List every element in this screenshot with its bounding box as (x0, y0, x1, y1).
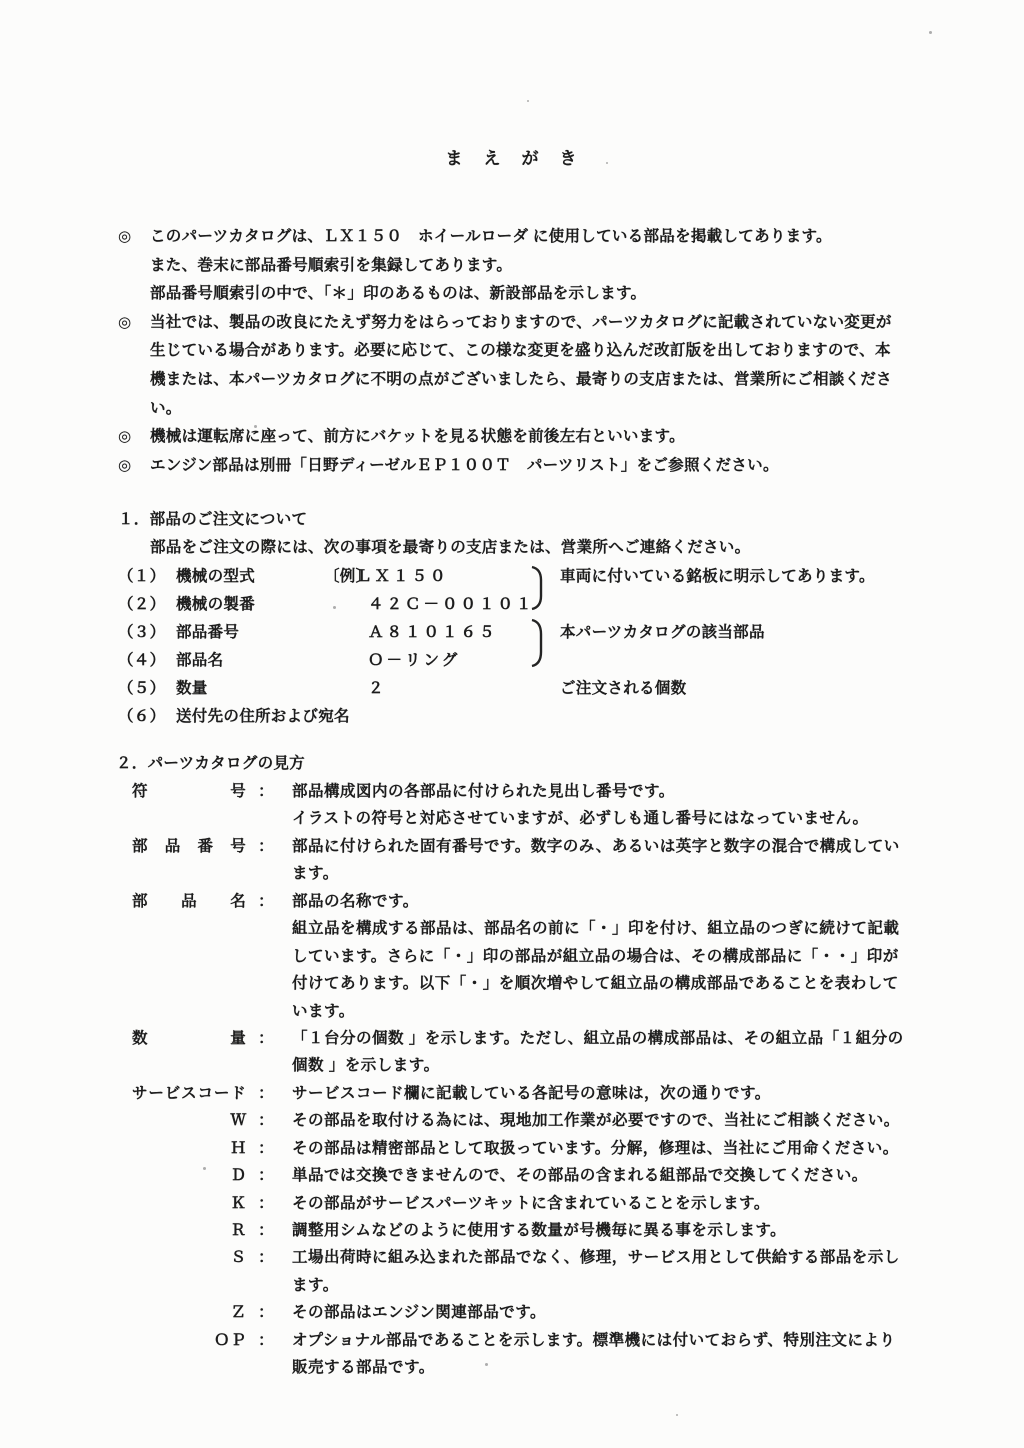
service-code-cell: Ｗ (190, 1107, 247, 1134)
scan-speck (606, 162, 608, 164)
term-cell: サービスコード (132, 1080, 246, 1107)
service-code-description: 工場出荷時に組み込まれた部品でなく、修理，サービス用として供給する部品を示し (292, 1244, 900, 1271)
preface-line: ◎当社では、製品の改良にたえず努力をはらっておりますので、パーツカタログに記載さ… (118, 309, 944, 338)
order-row: （４） 部品名 Ｏ－リング (118, 647, 918, 675)
preface-text: い。 (150, 400, 182, 417)
service-code-description: オプショナル部品であることを示します。標準機には付いておらず、特別注文により (292, 1327, 895, 1354)
grouping-brace-icon (530, 618, 544, 668)
service-code-cell: ＯＰ (190, 1327, 247, 1354)
colon-separator: ： (258, 1162, 274, 1189)
legend-table: 符号 ： 部品構成図内の各部品に付けられた見出し番号です。 イラストの符号と対応… (118, 778, 938, 1382)
term-cell: 数量 (132, 1025, 246, 1052)
preface-line: 部品番号順索引の中で、「＊」印のあるものは、新設部品を示します。 (118, 280, 944, 309)
service-code-description: その部品はエンジン関連部品です。 (292, 1299, 546, 1326)
legend-row: 符号 ： 部品構成図内の各部品に付けられた見出し番号です。 (118, 778, 938, 805)
row-value: Ａ８１０１６５ (368, 619, 498, 647)
colon-separator: ： (258, 1244, 274, 1271)
service-code-row: Ｋ ： その部品がサービスパーツキットに含まれていることを示します。 (118, 1190, 938, 1217)
service-code-description: その部品は精密部品として取扱っています。分解，修理は、当社にご用命ください。 (292, 1135, 899, 1162)
colon-separator: ： (258, 1299, 274, 1326)
row-number: （６） (118, 703, 165, 731)
row-number: （１） (118, 563, 165, 591)
service-code-description: 単品では交換できませんので、その部品の含まれる組部品で交換してください。 (292, 1162, 868, 1189)
row-value: ２ (368, 675, 387, 703)
row-label: 部品番号 (176, 619, 239, 647)
term-cell: 部品番号 (132, 833, 246, 860)
term-cell: 符号 (132, 778, 246, 805)
preface-text: また、巻末に部品番号順索引を集録してあります。 (150, 257, 512, 274)
order-row: （３） 部品番号 Ａ８１０１６５ 本パーツカタログの該当部品 (118, 619, 918, 647)
scan-speck (254, 425, 257, 428)
service-code-cell: Ｄ (190, 1162, 247, 1189)
preface-line: また、巻末に部品番号順索引を集録してあります。 (118, 252, 944, 281)
section1-intro: 部品をご注文の際には、次の事項を最寄りの支店または、営業所へご連絡ください。 (150, 535, 750, 557)
legend-row: ます。 (118, 860, 938, 887)
bullseye-bullet-icon: ◎ (118, 452, 131, 481)
preface-text: このパーツカタログは、ＬＸ１５０ ホイールローダ に使用している部品を掲載してあ… (150, 228, 832, 245)
preface-line: 機または、本パーツカタログに不明の点がございましたら、最寄りの支店または、営業所… (118, 366, 944, 395)
legend-row: 部品名 ： 部品の名称です。 (118, 888, 938, 915)
legend-row: 付けてあります。以下「・」を順次増やして組立品の構成部品であることを表わして (118, 970, 938, 997)
row-note: ご注文される個数 (560, 675, 686, 703)
bullseye-bullet-icon: ◎ (118, 309, 131, 338)
term-description: しています。さらに「・」印の部品が組立品の場合は、その構成部品に「・・」印が (292, 943, 899, 970)
colon-separator: ： (258, 1080, 274, 1107)
row-note: 本パーツカタログの該当部品 (560, 619, 765, 647)
term-description: 部品に付けられた固有番号です。数字のみ、あるいは英字と数字の混合で構成してい (292, 833, 900, 860)
service-code-cell: Ｚ (190, 1299, 247, 1326)
service-code-row: Ｓ ： 工場出荷時に組み込まれた部品でなく、修理，サービス用として供給する部品を… (118, 1244, 938, 1271)
term-description: 組立品を構成する部品は、部品名の前に「・」印を付け、組立品のつぎに続けて記載 (292, 915, 899, 942)
service-code-description: その部品がサービスパーツキットに含まれていることを示します。 (292, 1190, 770, 1217)
row-label: 機械の型式 (176, 563, 255, 591)
legend-row: 部品番号 ： 部品に付けられた固有番号です。数字のみ、あるいは英字と数字の混合で… (118, 833, 938, 860)
term-cell: 部品名 (132, 888, 246, 915)
colon-separator: ： (258, 1135, 274, 1162)
preface-line: ◎エンジン部品は別冊「日野ディーゼルＥＰ１００Ｔ パーツリスト」をご参照ください… (118, 452, 944, 481)
legend-row: います。 (118, 998, 938, 1025)
row-number: （４） (118, 647, 165, 675)
legend-row: 組立品を構成する部品は、部品名の前に「・」印を付け、組立品のつぎに続けて記載 (118, 915, 938, 942)
bullseye-bullet-icon: ◎ (118, 223, 131, 252)
colon-separator: ： (258, 888, 274, 915)
service-code-row: Ｚ ： その部品はエンジン関連部品です。 (118, 1299, 938, 1326)
scan-speck (527, 100, 529, 102)
section1-heading: １．部品のご注文について (118, 507, 307, 529)
preface-text: 生じている場合があります。必要に応じて、この様な変更を盛り込んだ改訂版を出してお… (150, 342, 891, 359)
row-number: （５） (118, 675, 165, 703)
term-description: 付けてあります。以下「・」を順次増やして組立品の構成部品であることを表わして (292, 970, 899, 997)
preface-section: ◎このパーツカタログは、ＬＸ１５０ ホイールローダ に使用している部品を掲載して… (118, 223, 944, 480)
service-code-row: Ｄ ： 単品では交換できませんので、その部品の含まれる組部品で交換してください。 (118, 1162, 938, 1189)
row-label: 送付先の住所および宛名 (176, 703, 350, 731)
service-code-row: ＯＰ ： オプショナル部品であることを示します。標準機には付いておらず、特別注文… (118, 1327, 938, 1354)
scan-speck (676, 1414, 678, 1416)
scan-speck (333, 606, 336, 609)
order-row: （２） 機械の製番 ４２Ｃ－００１０１ (118, 591, 918, 619)
preface-text: エンジン部品は別冊「日野ディーゼルＥＰ１００Ｔ パーツリスト」をご参照ください。 (150, 457, 779, 474)
term-description: 部品の名称です。 (292, 888, 419, 915)
row-label: 数量 (176, 675, 208, 703)
service-code-row: Ｒ ： 調整用シムなどのように使用する数量が号機毎に異る事を示します。 (118, 1217, 938, 1244)
service-code-row: Ｈ ： その部品は精密部品として取扱っています。分解，修理は、当社にご用命くださ… (118, 1135, 938, 1162)
colon-separator: ： (258, 1327, 274, 1354)
term-description: ます。 (292, 860, 339, 887)
row-number: （３） (118, 619, 165, 647)
colon-separator: ： (258, 1217, 274, 1244)
colon-separator: ： (258, 833, 274, 860)
row-note: 車両に付いている銘板に明示してあります。 (560, 563, 875, 591)
row-label: 部品名 (176, 647, 223, 675)
legend-row: しています。さらに「・」印の部品が組立品の場合は、その構成部品に「・・」印が (118, 943, 938, 970)
order-items-table: （１） 機械の型式 〔例〕 ＬＸ１５０ 車両に付いている銘板に明示してあります。… (118, 563, 918, 733)
preface-text: 部品番号順索引の中で、「＊」印のあるものは、新設部品を示します。 (150, 285, 646, 302)
page-title: ま え が き (0, 144, 1024, 169)
service-code-cell: Ｒ (190, 1217, 247, 1244)
section2-heading: ２．パーツカタログの見方 (116, 751, 305, 773)
colon-separator: ： (258, 1107, 274, 1134)
service-code-description: 販売する部品です。 (292, 1354, 435, 1381)
preface-line: ◎このパーツカタログは、ＬＸ１５０ ホイールローダ に使用している部品を掲載して… (118, 223, 944, 252)
legend-row: 数量 ： 「１台分の個数 」を示します。ただし、組立品の構成部品は、その組立品「… (118, 1025, 938, 1052)
preface-line: ◎機械は運転席に座って、前方にバケットを見る状態を前後左右といいます。 (118, 423, 944, 452)
grouping-brace-icon (530, 565, 544, 611)
preface-text: 当社では、製品の改良にたえず努力をはらっておりますので、パーツカタログに記載され… (150, 314, 892, 331)
term-description: います。 (292, 998, 355, 1025)
row-value: Ｏ－リング (368, 647, 460, 675)
bullseye-bullet-icon: ◎ (118, 423, 131, 452)
legend-row: サービスコード ： サービスコード欄に記載している各記号の意味は，次の通りです。 (118, 1080, 938, 1107)
order-row: （１） 機械の型式 〔例〕 ＬＸ１５０ 車両に付いている銘板に明示してあります。 (118, 563, 918, 591)
scan-speck (203, 1167, 206, 1170)
service-code-description: 調整用シムなどのように使用する数量が号機毎に異る事を示します。 (292, 1217, 786, 1244)
order-row: （６） 送付先の住所および宛名 (118, 703, 918, 731)
row-number: （２） (118, 591, 165, 619)
row-label: 機械の製番 (176, 591, 255, 619)
legend-row: イラストの符号と対応させていますが、必ずしも通し番号にはなっていません。 (118, 805, 938, 832)
colon-separator: ： (258, 1025, 274, 1052)
legend-row: 個数 」を示します。 (118, 1052, 938, 1079)
preface-text: 機または、本パーツカタログに不明の点がございましたら、最寄りの支店または、営業所… (150, 371, 892, 388)
colon-separator: ： (258, 778, 274, 805)
service-code-row: ます。 (118, 1272, 938, 1299)
colon-separator: ： (258, 1190, 274, 1217)
scanned-document-page: ま え が き ◎このパーツカタログは、ＬＸ１５０ ホイールローダ に使用してい… (0, 0, 1024, 1448)
scan-speck (485, 1363, 488, 1366)
term-description: 「１台分の個数 」を示します。ただし、組立品の構成部品は、その組立品「１組分の (292, 1025, 904, 1052)
row-value: ４２Ｃ－００１０１ (368, 591, 535, 619)
service-code-row: 販売する部品です。 (118, 1354, 938, 1381)
service-code-cell: Ｓ (190, 1244, 247, 1271)
term-description: 個数 」を示します。 (292, 1052, 440, 1079)
service-code-cell: Ｋ (190, 1190, 247, 1217)
service-code-row: Ｗ ： その部品を取付ける為には、現地加工作業が必要ですので、当社にご相談くださ… (118, 1107, 938, 1134)
service-code-description: ます。 (292, 1272, 339, 1299)
scan-speck (929, 31, 932, 34)
term-description: サービスコード欄に記載している各記号の意味は，次の通りです。 (292, 1080, 771, 1107)
service-code-cell: Ｈ (190, 1135, 247, 1162)
service-code-description: その部品を取付ける為には、現地加工作業が必要ですので、当社にご相談ください。 (292, 1107, 900, 1134)
preface-line: い。 (118, 395, 944, 424)
term-description: 部品構成図内の各部品に付けられた見出し番号です。 (292, 778, 675, 805)
preface-line: 生じている場合があります。必要に応じて、この様な変更を盛り込んだ改訂版を出してお… (118, 337, 944, 366)
order-row: （５） 数量 ２ ご注文される個数 (118, 675, 918, 703)
row-value: ＬＸ１５０ (356, 563, 449, 591)
preface-text: 機械は運転席に座って、前方にバケットを見る状態を前後左右といいます。 (150, 428, 685, 445)
term-description: イラストの符号と対応させていますが、必ずしも通し番号にはなっていません。 (292, 805, 868, 832)
